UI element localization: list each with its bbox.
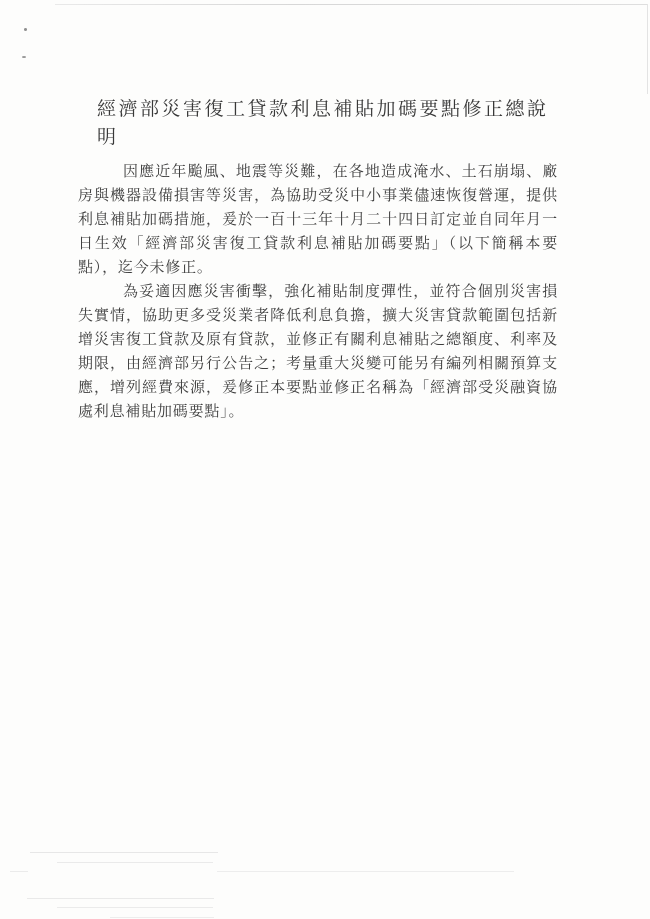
document-title: 經濟部災害復工貸款利息補貼加碼要點修正總說明 <box>97 96 565 152</box>
scan-artifact-bleed-line <box>57 907 213 908</box>
scan-artifact-top-line <box>55 4 647 5</box>
scan-artifact-right-line <box>647 4 648 94</box>
paragraph: 為妥適因應災害衝擊，強化補貼制度彈性，並符合個別災害損失實情，協助更多受災業者降… <box>78 280 558 424</box>
scan-artifact-bleed-line <box>10 871 28 872</box>
paragraph: 因應近年颱風、地震等災難，在各地造成淹水、土石崩塌、廠房與機器設備損害等災害，為… <box>78 160 558 280</box>
scan-speck <box>24 28 27 31</box>
document-page: 經濟部災害復工貸款利息補貼加碼要點修正總說明 因應近年颱風、地震等災難，在各地造… <box>0 0 650 919</box>
scan-artifact-bleed-line <box>57 862 213 863</box>
document-body: 因應近年颱風、地震等災難，在各地造成淹水、土石崩塌、廠房與機器設備損害等災害，為… <box>78 160 558 424</box>
scan-artifact-bleed-line <box>217 871 514 872</box>
scan-speck <box>22 56 26 58</box>
scan-artifact-bleed-line <box>110 917 214 918</box>
scan-artifact-bleed-line <box>30 852 218 853</box>
scan-artifact-bleed-line <box>27 898 214 899</box>
